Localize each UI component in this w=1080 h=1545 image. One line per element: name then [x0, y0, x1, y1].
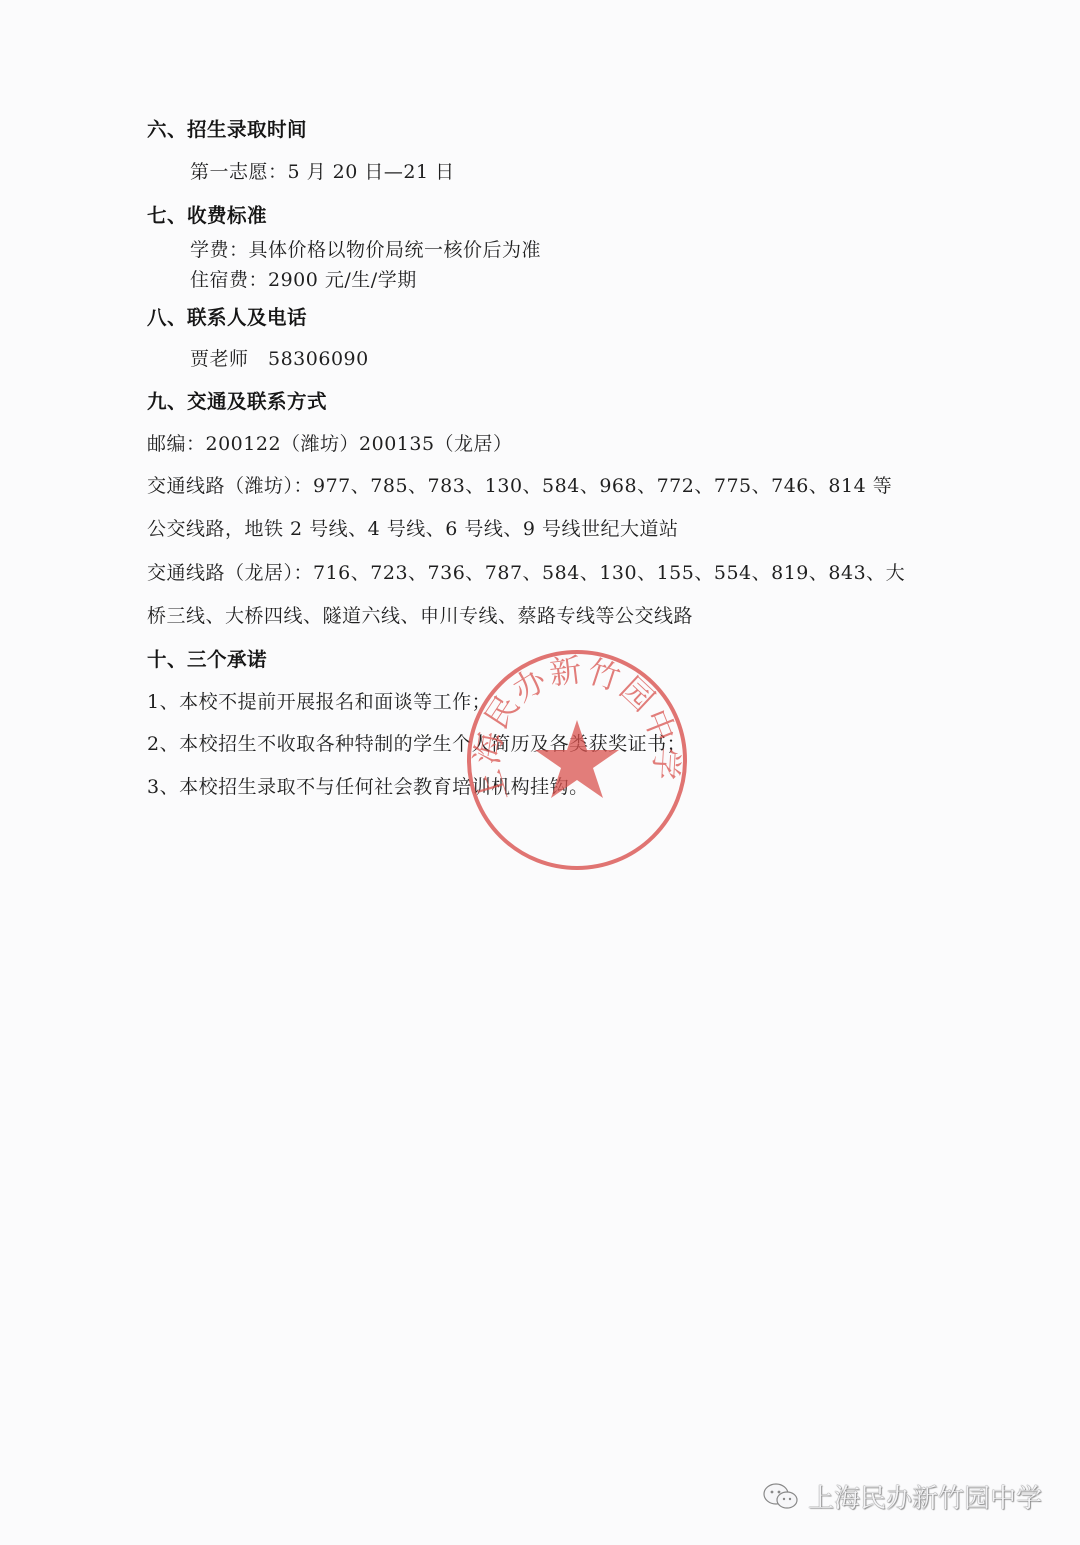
wechat-icon [762, 1482, 800, 1512]
section-heading-admission-time: 六、招生录取时间 [147, 114, 307, 142]
transport-weifang-line2: 公交线路，地铁 2 号线、4 号线、6 号线、9 号线世纪大道站 [147, 514, 679, 541]
postal-codes: 邮编：200122（潍坊）200135（龙居） [147, 429, 513, 456]
transport-longju-line1: 交通线路（龙居）：716、723、736、787、584、130、155、554… [147, 558, 905, 585]
commitment-3: 3、本校招生录取不与任何社会教育培训机构挂钩。 [147, 772, 589, 799]
commitment-1: 1、本校不提前开展报名和面谈等工作； [147, 687, 491, 714]
watermark-account-name: 上海民办新竹园中学 [808, 1478, 1042, 1515]
section-heading-fees: 七、收费标准 [147, 200, 267, 228]
section-heading-transport: 九、交通及联系方式 [147, 386, 327, 414]
transport-weifang-line1: 交通线路（潍坊）：977、785、783、130、584、968、772、775… [147, 471, 892, 498]
wechat-watermark: 上海民办新竹园中学 [762, 1478, 1042, 1515]
boarding-fee: 住宿费：2900 元/生/学期 [190, 265, 417, 292]
official-seal-stamp: 上海民办新竹园中学 [465, 648, 689, 872]
section-heading-commitments: 十、三个承诺 [147, 644, 267, 672]
transport-longju-line2: 桥三线、大桥四线、隧道六线、申川专线、蔡路专线等公交线路 [147, 601, 693, 628]
admission-date: 第一志愿：5 月 20 日—21 日 [190, 157, 455, 184]
commitment-2: 2、本校招生不收取各种特制的学生个人简历及各类获奖证书； [147, 729, 686, 756]
contact-person-phone: 贾老师 58306090 [190, 344, 369, 371]
section-heading-contact: 八、联系人及电话 [147, 302, 307, 330]
tuition-fee: 学费：具体价格以物价局统一核价后为准 [190, 235, 541, 262]
